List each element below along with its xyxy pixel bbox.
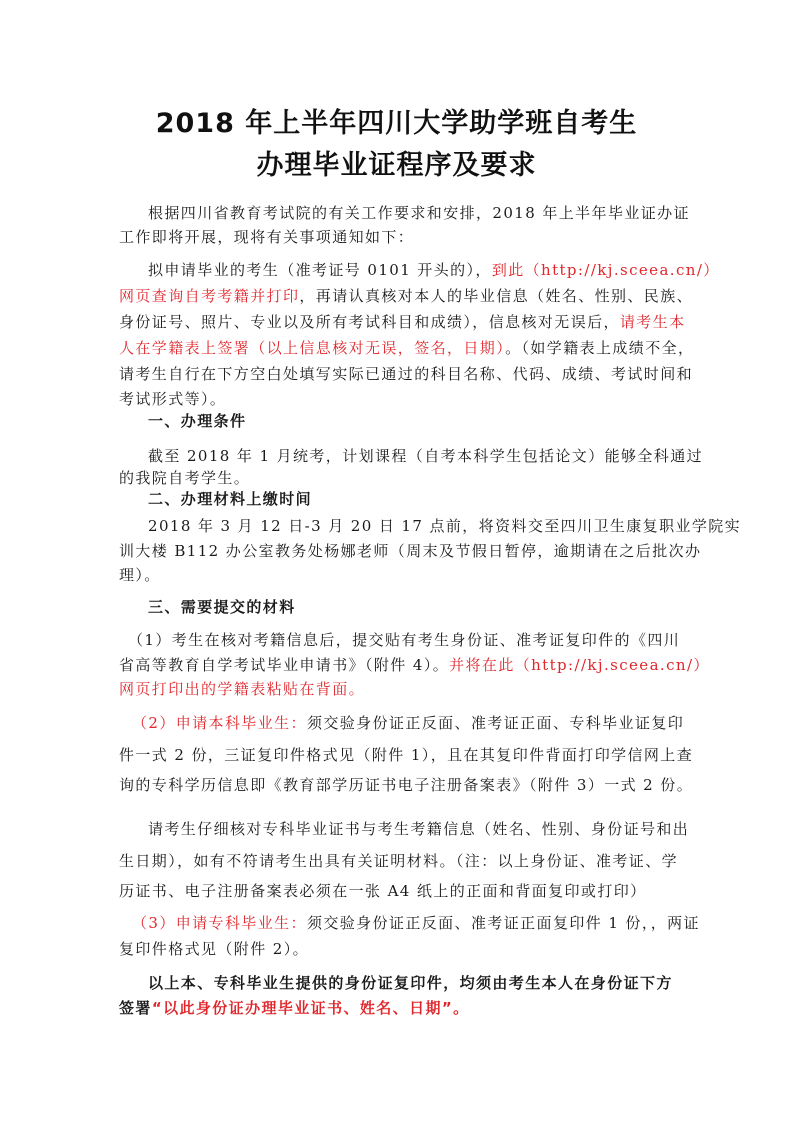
item1-line-1: （1）考生在核对考籍信息后，提交贴有考生身份证、准考证复印件的《四川 (128, 630, 688, 650)
note-line-2: 生日期），如有不符请考生出具有关证明材料。（注：以上身份证、准考证、学 (119, 851, 679, 871)
item2-line-3: 询的专科学历信息即《教育部学历证书电子注册备案表》（附件 3）一式 2 份。 (119, 775, 679, 795)
document-page: 2018 年上半年四川大学助学班自考生 办理毕业证程序及要求 根据四川省教育考试… (0, 0, 793, 1122)
para1-line-4: 人在学籍表上签署（以上信息核对无误，签名，日期）。（如学籍表上成绩不全， (119, 338, 679, 358)
intro-line-2: 工作即将开展，现将有关事项通知如下： (119, 227, 679, 247)
para1-line-2: 网页查询自考考籍并打印，再请认真核对本人的毕业信息（姓名、性别、民族、 (119, 286, 679, 306)
section1-heading: 一、办理条件 (148, 411, 708, 431)
para1-text: 拟申请毕业的考生（准考证号 0101 开头的）， (148, 261, 492, 279)
closing-line-2: 签署“以此身份证办理毕业证书、姓名、日期”。 (119, 998, 679, 1018)
section3-heading: 三、需要提交的材料 (148, 597, 708, 617)
para1-highlight: 请考生本 (620, 313, 686, 331)
para1-text: ，再请认真核对本人的毕业信息（姓名、性别、民族、 (299, 287, 693, 305)
para1-highlight: 网页查询自考考籍并打印 (119, 287, 299, 305)
item3-line-2: 复印件格式见（附件 2）。 (119, 939, 679, 959)
closing-line-1: 以上本、专科毕业生提供的身份证复印件，均须由考生本人在身份证下方 (148, 973, 708, 993)
document-title-line1: 2018 年上半年四川大学助学班自考生 (0, 101, 793, 140)
para1-text: 。（如学籍表上成绩不全， (505, 339, 694, 357)
section2-line-3: 理）。 (119, 565, 679, 585)
item2-label: （2）申请本科毕业生： (132, 714, 307, 732)
para1-line-1: 拟申请毕业的考生（准考证号 0101 开头的），到此（http://kj.sce… (148, 260, 708, 280)
para1-line-3: 身份证号、照片、专业以及所有考试科目和成绩），信息核对无误后，请考生本 (119, 312, 679, 332)
section1-line-2: 的我院自考学生。 (119, 468, 679, 488)
para1-line-5: 请考生自行在下方空白处填写实际已通过的科目名称、代码、成绩、考试时间和 (119, 364, 679, 384)
para1-text: 身份证号、照片、专业以及所有考试科目和成绩），信息核对无误后， (119, 313, 620, 331)
note-line-3: 历证书、电子注册备案表必须在一张 A4 纸上的正面和背面复印或打印） (119, 881, 679, 901)
note-line-1: 请考生仔细核对专科毕业证书与考生考籍信息（姓名、性别、身份证号和出 (148, 819, 708, 839)
para1-highlight: 人在学籍表上签署（以上信息核对无误，签名，日期） (119, 339, 505, 357)
sceea-link[interactable]: 到此（http://kj.sceea.cn/） (492, 261, 720, 279)
section2-line-1: 2018 年 3 月 12 日-3 月 20 日 17 点前，将资料交至四川卫生… (148, 516, 708, 536)
item1-line-2: 省高等教育自学考试毕业申请书》（附件 4）。并将在此（http://kj.sce… (119, 655, 679, 675)
item2-text: 须交验身份证正反面、准考证正面、专科毕业证复印 (307, 714, 684, 732)
item1-line-3: 网页打印出的学籍表粘贴在背面。 (119, 679, 679, 699)
para1-line-6: 考试形式等）。 (119, 389, 679, 409)
item3-label: （3）申请专科毕业生： (132, 914, 307, 932)
item3-text: 须交验身份证正反面、准考证正面复印件 1 份，，两证 (307, 914, 700, 932)
sceea-link-2[interactable]: 并将在此（http://kj.sceea.cn/） (449, 656, 710, 674)
section2-line-2: 训大楼 B112 办公室教务处杨娜老师（周末及节假日暂停，逾期请在之后批次办 (119, 541, 679, 561)
document-title-line2: 办理毕业证程序及要求 (0, 143, 793, 182)
item3-line-1: （3）申请专科毕业生：须交验身份证正反面、准考证正面复印件 1 份，，两证 (132, 913, 692, 933)
closing-text: 签署 (119, 999, 152, 1017)
section1-line-1: 截至 2018 年 1 月统考，计划课程（自考本科学生包括论文）能够全科通过 (148, 446, 708, 466)
item1-text: 省高等教育自学考试毕业申请书》（附件 4）。 (119, 656, 449, 674)
closing-highlight: “以此身份证办理毕业证书、姓名、日期”。 (152, 999, 470, 1017)
intro-line-1: 根据四川省教育考试院的有关工作要求和安排，2018 年上半年毕业证办证 (148, 203, 708, 223)
item2-line-2: 件一式 2 份，三证复印件格式见（附件 1），且在其复印件背面打印学信网上查 (119, 745, 679, 765)
section2-heading: 二、办理材料上缴时间 (148, 489, 708, 509)
item2-line-1: （2）申请本科毕业生：须交验身份证正反面、准考证正面、专科毕业证复印 (132, 713, 692, 733)
